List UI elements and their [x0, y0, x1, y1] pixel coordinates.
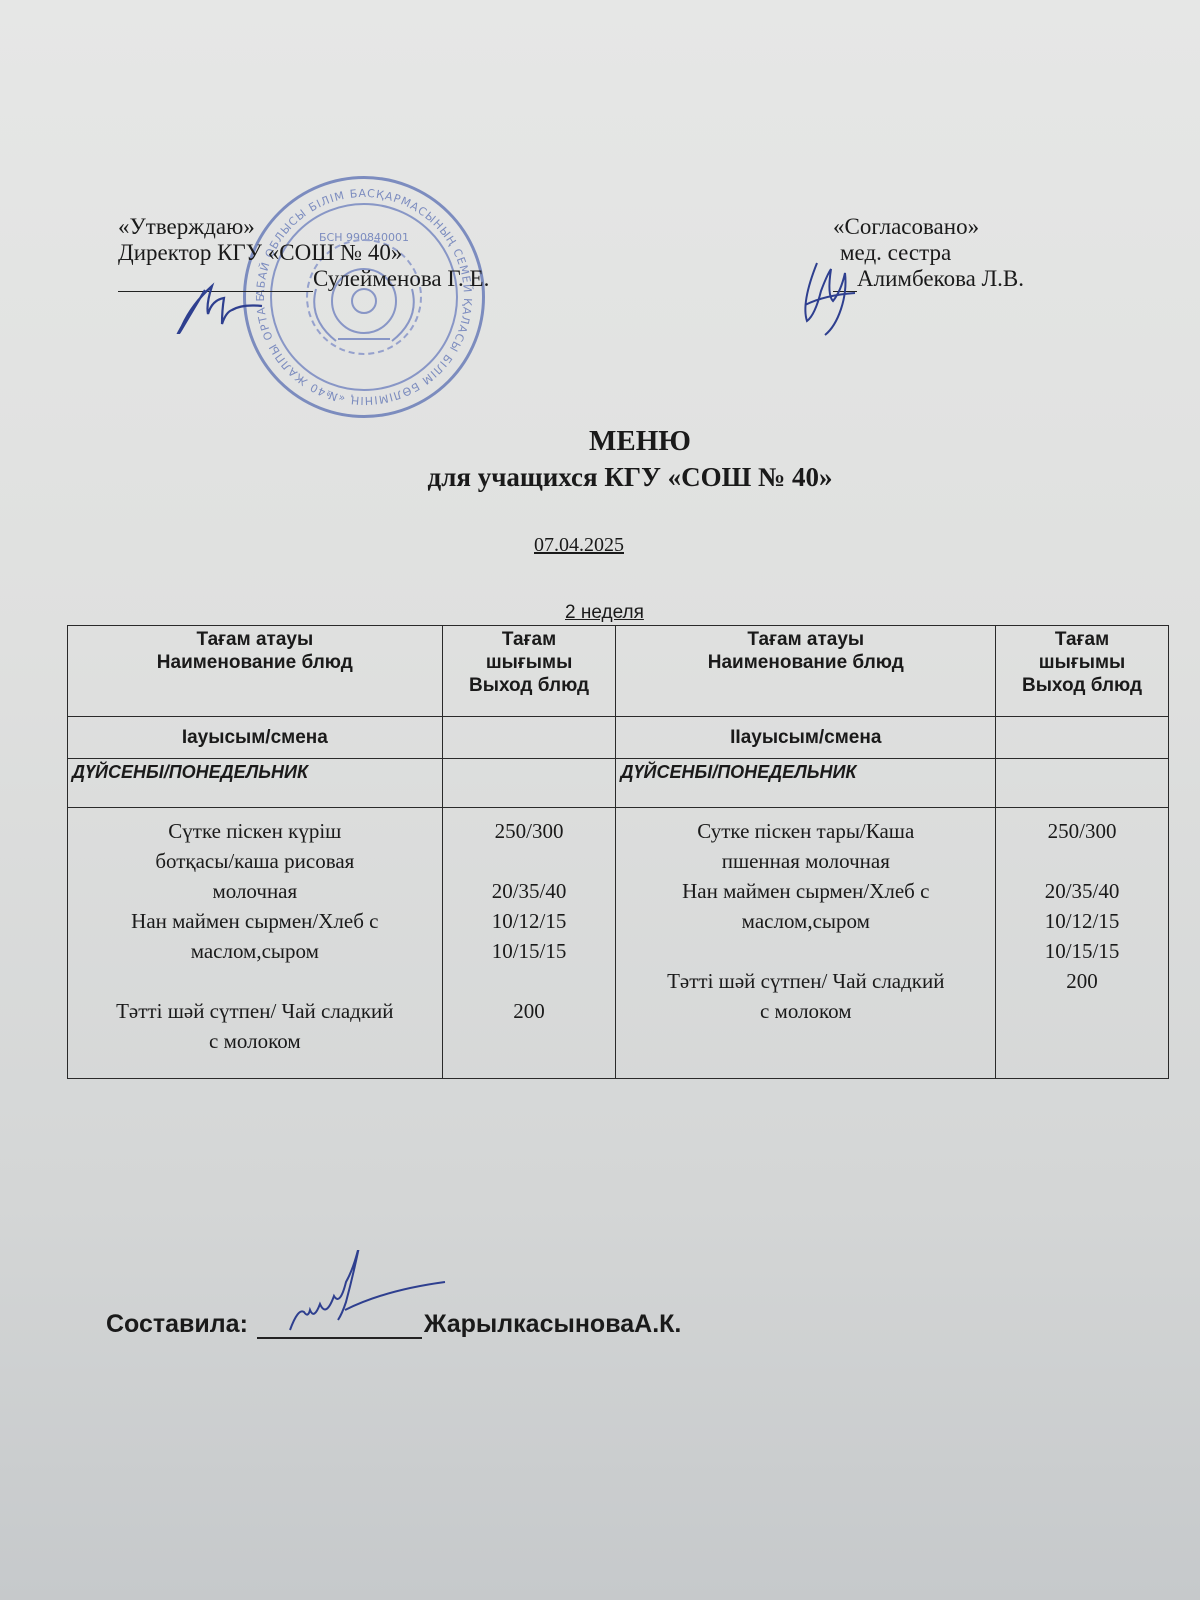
page-subtitle: для учащихся КГУ «СОШ № 40» [0, 462, 1200, 493]
shift-2-label: IIауысым/смена [616, 717, 996, 759]
header-dish-name-1: Тағам атауы Наименование блюд [68, 626, 443, 717]
shift-1-label: Iауысым/смена [68, 717, 443, 759]
shift-row: Iауысым/смена IIауысым/смена [68, 717, 1169, 759]
shift-2-yields: 250/300 20/35/40 10/12/15 10/15/15 200 [1000, 816, 1164, 996]
page-title: МЕНЮ [0, 425, 1200, 458]
header-dish-name-2: Тағам атауы Наименование блюд [616, 626, 996, 717]
compiled-by-name: ЖарылкасыноваА.К. [424, 1310, 682, 1338]
official-stamp: АБАЙ ОБЛЫСЫ БІЛІМ БАСҚАРМАСЫНЫҢ СЕМЕЙ ҚА… [243, 176, 485, 418]
agreed-name: Алимбекова Л.В. [857, 266, 1024, 291]
day-label-2: ДҮЙСЕНБІ/ПОНЕДЕЛЬНИК [616, 759, 996, 808]
compiled-by-label: Составила: [106, 1310, 248, 1338]
approve-label: «Утверждаю» [118, 214, 489, 240]
director-signature [165, 272, 275, 334]
day-label-1: ДҮЙСЕНБІ/ПОНЕДЕЛЬНИК [68, 759, 443, 808]
shift-2-dishes: Сутке піскен тары/Каша пшенная молочная … [620, 816, 991, 1026]
compiler-signature [285, 1250, 455, 1350]
nurse-signature [795, 255, 865, 340]
week-label: 2 неделя [565, 602, 644, 624]
table-header-row: Тағам атауы Наименование блюд Тағам шығы… [68, 626, 1169, 717]
approve-position: Директор КГУ «СОШ № 40» [118, 240, 489, 266]
header-yield-2: Тағам шығымы Выход блюд [996, 626, 1169, 717]
agreed-label: «Согласовано» [833, 214, 1024, 240]
table-row: Сүтке піскен күріш ботқасы/каша рисовая … [68, 808, 1169, 1079]
menu-table: Тағам атауы Наименование блюд Тағам шығы… [67, 625, 1169, 1079]
menu-date: 07.04.2025 [534, 534, 624, 557]
shift-1-dishes: Сүтке піскен күріш ботқасы/каша рисовая … [72, 816, 438, 1056]
header-yield-1: Тағам шығымы Выход блюд [442, 626, 616, 717]
approve-name: Сулейменова Г. Е. [313, 266, 489, 291]
shift-1-yields: 250/300 20/35/40 10/12/15 10/15/15 200 [447, 816, 612, 1026]
day-row: ДҮЙСЕНБІ/ПОНЕДЕЛЬНИК ДҮЙСЕНБІ/ПОНЕДЕЛЬНИ… [68, 759, 1169, 808]
